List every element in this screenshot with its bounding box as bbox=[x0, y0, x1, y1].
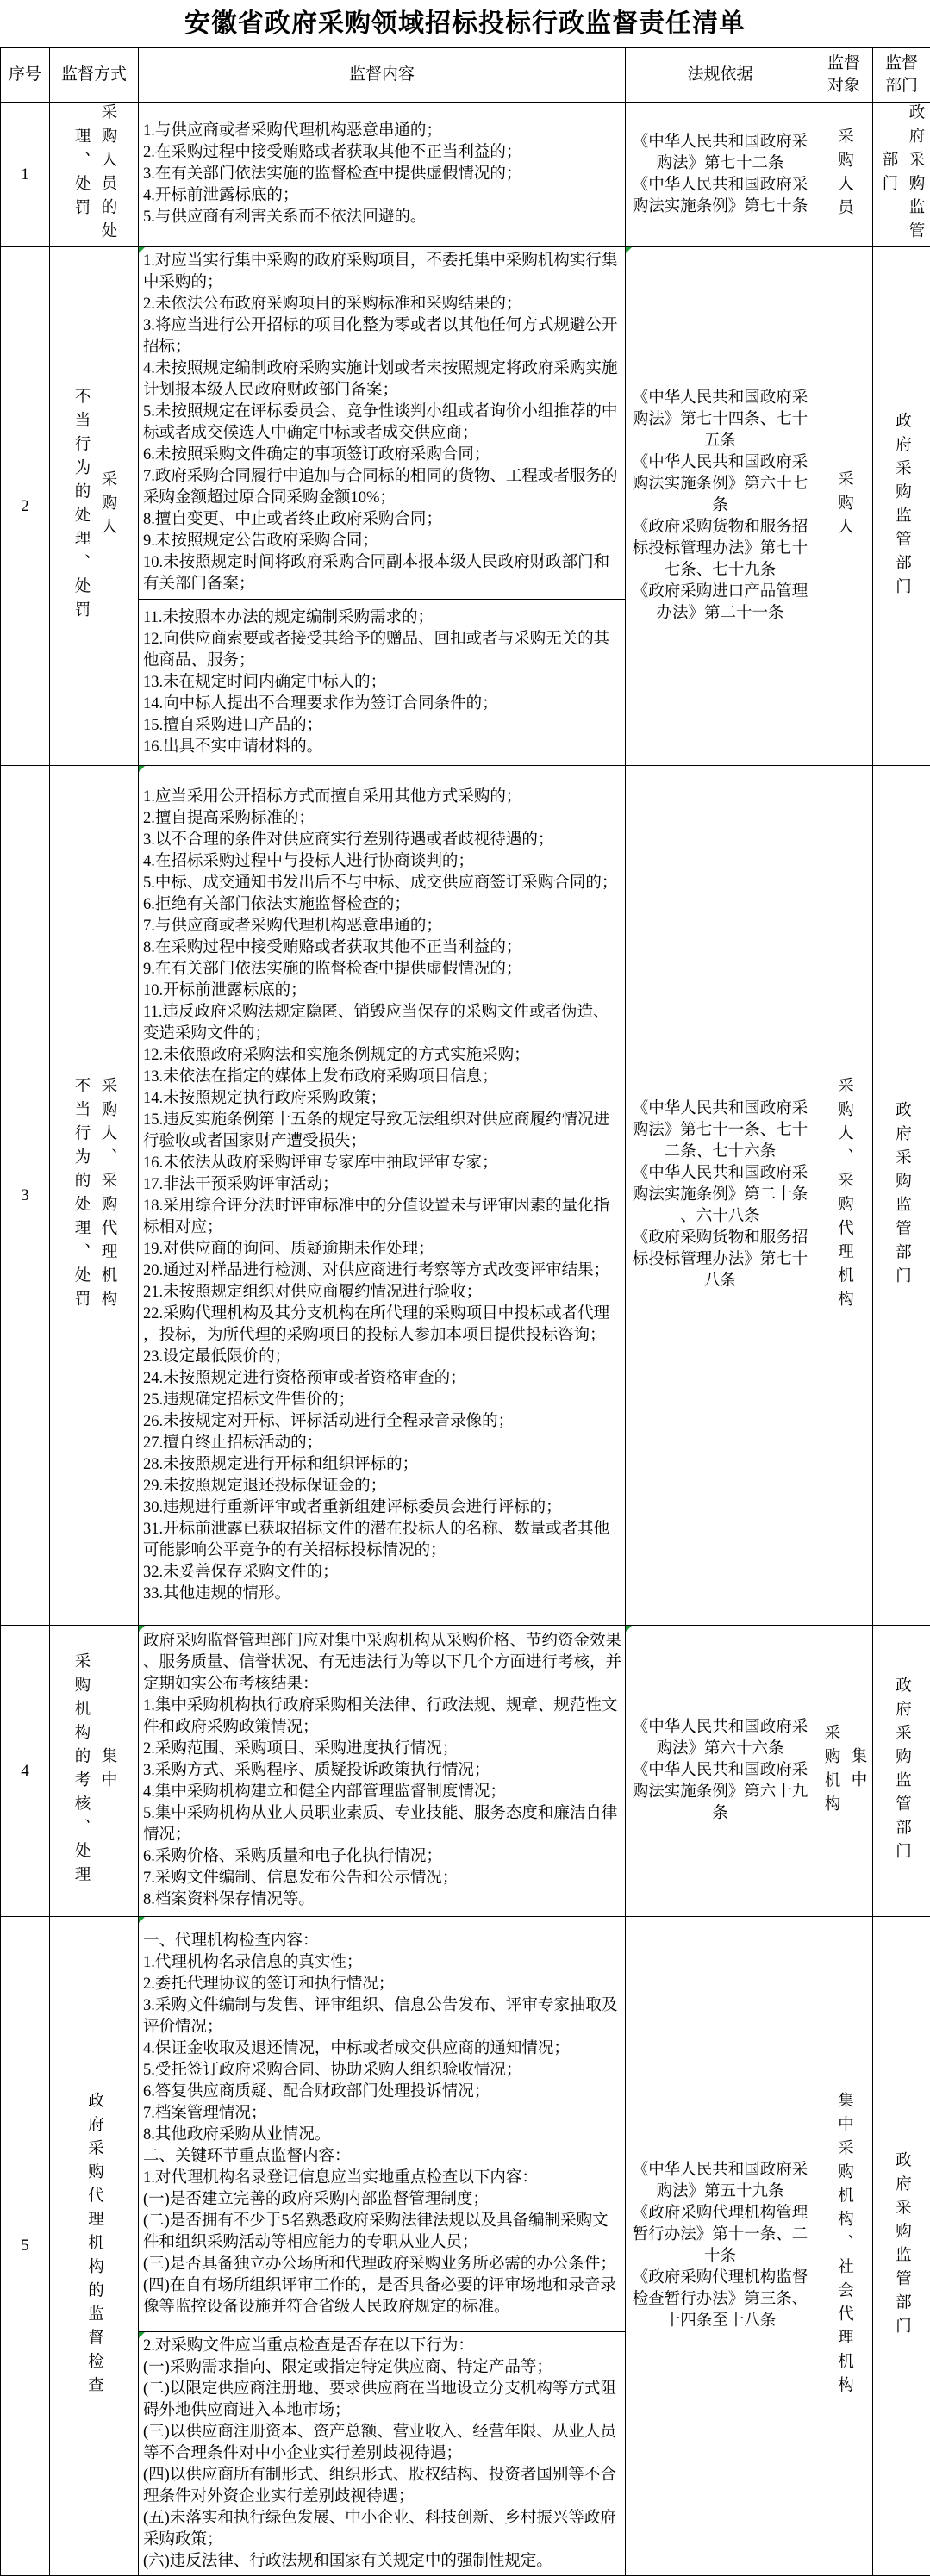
row4-legal-cell: 《中华人民共和国政府采购法》第六十六条 《中华人民共和国政府采购法实施条例》第六… bbox=[626, 1626, 815, 1917]
row2-legal-cell: 《中华人民共和国政府采购法》第七十四条、七十五条 《中华人民共和国政府采购法实施… bbox=[626, 247, 815, 766]
row1-target-cell: 采购人员 bbox=[815, 103, 873, 247]
responsibility-table: 序号 监督方式 监督内容 法规依据 监督 对象 监督 部门 1 采购人员的处 理… bbox=[0, 47, 930, 2576]
row2-no-cell: 2 bbox=[1, 247, 50, 766]
row4-dept-text: 政府采购监管部门 bbox=[889, 1677, 915, 1866]
row1-dept-cell: 政府采购监管 部门 bbox=[873, 103, 930, 247]
table-row-1: 1 采购人员的处 理、处罚 1.与供应商或者采购代理机构恶意串通的； 2.在采购… bbox=[1, 103, 930, 247]
header-dept: 监督 部门 bbox=[873, 48, 930, 103]
row3-dept-cell: 政府采购监管部门 bbox=[873, 766, 930, 1626]
row2-content-cell-1: 1.对应当实行集中采购的政府采购项目，不委托集中采购机构实行集中采购的； 2.未… bbox=[139, 247, 626, 600]
row3-dept-text: 政府采购监管部门 bbox=[889, 1101, 915, 1291]
table-row-2: 2 采购人 不当行为的处理、处罚 1.对应当实行集中采购的政府采购项目，不委托集… bbox=[1, 247, 930, 600]
row4-target-cell: 集中 采购机构 bbox=[815, 1626, 873, 1917]
document-page: 安徽省政府采购领域招标投标行政监督责任清单 序号 监督方式 监督内容 法规依据 … bbox=[0, 0, 930, 2576]
row4-dept-cell: 政府采购监管部门 bbox=[873, 1626, 930, 1917]
header-no: 序号 bbox=[1, 48, 50, 103]
table-row-3: 3 采购人、采购代理机构 不当行为的处理、处罚 1.应当采用公开招标方式而擅自采… bbox=[1, 766, 930, 1626]
row5-method-cell: 政府采购代理机构的监督检查 bbox=[50, 1917, 139, 2576]
row5-dept-text: 政府采购监管部门 bbox=[889, 2151, 915, 2341]
row3-no-cell: 3 bbox=[1, 766, 50, 1626]
row3-method-cell: 采购人、采购代理机构 不当行为的处理、处罚 bbox=[50, 766, 139, 1626]
page-title: 安徽省政府采购领域招标投标行政监督责任清单 bbox=[0, 0, 930, 47]
header-target: 监督 对象 bbox=[815, 48, 873, 103]
row3-target-text: 采购人、采购代理机构 bbox=[831, 1077, 858, 1314]
row1-content-cell: 1.与供应商或者采购代理机构恶意串通的； 2.在采购过程中接受贿赂或者获取其他不… bbox=[139, 103, 626, 247]
row5-content-cell-2: 2.对采购文件应当重点检查是否存在以下行为： (一)采购需求指向、限定或指定特定… bbox=[139, 2332, 626, 2576]
row5-dept-cell: 政府采购监管部门 bbox=[873, 1917, 930, 2576]
row4-target-text: 集中 采购机构 bbox=[817, 1724, 871, 1819]
table-header-row: 序号 监督方式 监督内容 法规依据 监督 对象 监督 部门 bbox=[1, 48, 930, 103]
row2-target-text: 采购人 bbox=[831, 470, 858, 542]
row2-content-cell-2: 11.未按照本办法的规定编制采购需求的； 12.向供应商索要或者接受其给予的赠品… bbox=[139, 600, 626, 766]
row3-content-cell: 1.应当采用公开招标方式而擅自采用其他方式采购的； 2.擅自提高采购标准的； 3… bbox=[139, 766, 626, 1626]
row2-target-cell: 采购人 bbox=[815, 247, 873, 766]
row1-no-cell: 1 bbox=[1, 103, 50, 247]
row5-no-cell: 5 bbox=[1, 1917, 50, 2576]
row2-dept-cell: 政府采购监管部门 bbox=[873, 247, 930, 766]
row5-legal-cell: 《中华人民共和国政府采购法》第五十九条 《政府采购代理机构管理暂行办法》第十一条… bbox=[626, 1917, 815, 2576]
row4-no-cell: 4 bbox=[1, 1626, 50, 1917]
row3-target-cell: 采购人、采购代理机构 bbox=[815, 766, 873, 1626]
row4-content-cell: 政府采购监督管理部门应对集中采购机构从采购价格、节约资金效果、服务质量、信誉状况… bbox=[139, 1626, 626, 1917]
header-method: 监督方式 bbox=[50, 48, 139, 103]
row1-method-text: 采购人员的处 理、处罚 bbox=[67, 103, 121, 246]
row4-method-text: 集中 采购机构的考核、处理 bbox=[67, 1652, 121, 1889]
row3-method-text: 采购人、采购代理机构 不当行为的处理、处罚 bbox=[67, 1077, 121, 1314]
header-legal: 法规依据 bbox=[626, 48, 815, 103]
row5-target-text: 集中采购机构、社会代理机构 bbox=[831, 2092, 858, 2400]
row4-method-cell: 集中 采购机构的考核、处理 bbox=[50, 1626, 139, 1917]
table-row-4: 4 集中 采购机构的考核、处理 政府采购监督管理部门应对集中采购机构从采购价格、… bbox=[1, 1626, 930, 1917]
row1-target-text: 采购人员 bbox=[831, 128, 858, 222]
row2-dept-text: 政府采购监管部门 bbox=[889, 412, 915, 601]
row2-method-text: 采购人 不当行为的处理、处罚 bbox=[67, 388, 121, 625]
row1-method-cell: 采购人员的处 理、处罚 bbox=[50, 103, 139, 247]
row3-legal-cell: 《中华人民共和国政府采购法》第七十一条、七十二条、七十六条 《中华人民共和国政府… bbox=[626, 766, 815, 1626]
row5-content-cell-1: 一、代理机构检查内容： 1.代理机构名录信息的真实性； 2.委托代理协议的签订和… bbox=[139, 1917, 626, 2332]
table-row-5: 5 政府采购代理机构的监督检查 一、代理机构检查内容： 1.代理机构名录信息的真… bbox=[1, 1917, 930, 2332]
row5-method-text: 政府采购代理机构的监督检查 bbox=[81, 2092, 108, 2400]
row5-target-cell: 集中采购机构、社会代理机构 bbox=[815, 1917, 873, 2576]
row2-method-cell: 采购人 不当行为的处理、处罚 bbox=[50, 247, 139, 766]
row1-legal-cell: 《中华人民共和国政府采购法》第七十二条 《中华人民共和国政府采购法实施条例》第七… bbox=[626, 103, 815, 247]
row1-dept-text: 政府采购监管 部门 bbox=[875, 103, 928, 246]
header-content: 监督内容 bbox=[139, 48, 626, 103]
